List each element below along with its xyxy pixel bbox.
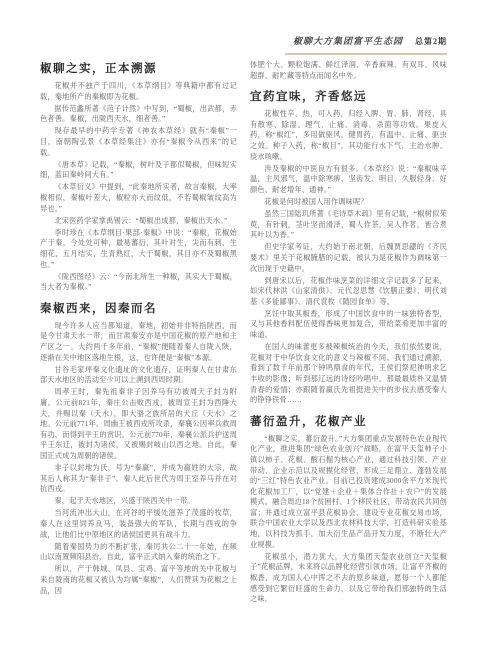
article-paragraph: 在国人的味蕾更多被辣椒统治的今天，我们依然要说，花椒对于中华饮食文化的意义与辣椒… — [250, 342, 447, 406]
section-heading: 椒聊之实，正本溯源 — [40, 60, 237, 76]
article-paragraph: 花椒并不独产于四川，《本草纲目》等典籍中都有过记载，秦地所产的秦椒即为花椒。 — [40, 81, 237, 102]
article-paragraph: 烹饪中取其椒香，形成了中国饮食中的一味独特香型，又与其他香料配伍使得香味更加复合… — [250, 309, 447, 341]
article-paragraph: 虽然三国陆玑所著《毛诗草木疏》里有记载，“椒树似茱萸，有针刺，茎叶坚而滑泽，蜀人… — [250, 209, 447, 241]
article-paragraph: 花椒性辛、热，可入药，归经入脾、胃、肺、肾经，具有散寒、除湿、理气、止痛、消毒、… — [250, 109, 447, 162]
article-paragraph: 《唐本草》记载，“秦椒，树叶及子都似蜀椒，但味短实细，蓝田秦岭间大有。” — [40, 160, 237, 181]
newsletter-page: 椒聊大方集团富平生态园总第2期 椒聊之实，正本溯源花椒并不独产于四川，《本草纲目… — [0, 0, 480, 651]
left-column: 椒聊之实，正本溯源花椒并不独产于四川，《本草纲目》等典籍中都有过记载，秦地所产的… — [40, 60, 237, 606]
article-paragraph: “椒聊之实，蕃衍盈升。”大方集团重点发展特色农业现代化产业，推进集团“绿色农业创… — [250, 434, 447, 551]
article-paragraph: 《陇西图经》云：“今南北所生一种椒，其实大于蜀椒，当大者为秦椒。” — [40, 272, 237, 293]
article-paragraph: 《本草衍义》中提到，“此秦地所实者，故言秦椒，大率椒相似，秦椒叶差大，椒粒亦大而… — [40, 182, 237, 214]
section-heading: 秦椒西来，因秦而名 — [40, 300, 237, 316]
article-paragraph: 涉及秦椒的中医良方有很多。《本草经》说：“秦椒味辛温，主风邪气，温中除寒痹、坚齿… — [250, 164, 447, 196]
issue-number: 总第2期 — [415, 37, 447, 46]
article-paragraph: 花椒是何时被国人用作调味呢？ — [250, 197, 447, 208]
article-paragraph: 花椒虽小，潜力犹大。大方集团天玺农业创立“天玺椒子”花椒品牌，未来将以品牌化经营… — [250, 552, 447, 605]
article-columns: 椒聊之实，正本溯源花椒并不独产于四川，《本草纲目》等典籍中都有过记载，秦地所产的… — [40, 60, 447, 606]
article-paragraph: 现今许多人应当都知道，秦地，初始并非特指陕西，而是今甘肃天水一带，而甘肃秦安亦是… — [40, 321, 237, 363]
article-paragraph: 所以，产于韩城、凤县、宝鸡、富平等地的关中花椒与来自陇南的花椒又被认为均属“秦椒… — [40, 564, 237, 596]
article-paragraph: 秦，起于天水地区，兴盛于陕西关中一带。 — [40, 496, 237, 507]
article-paragraph: 甘谷毛家坪秦文化遗址的文化遗存，证明秦人在甘肃东部天水地区的活动至少可以上溯到西… — [40, 365, 237, 386]
article-paragraph: 当河流冲出大山，在河谷的平缓处滋养了茂盛的牧草，秦人在这里饲养良马，装备强大的军… — [40, 508, 237, 540]
section-heading: 宜药宜味，齐香悠远 — [250, 88, 447, 104]
article-paragraph: 北宋医药学家掌禹锡云：“蜀椒出成都，秦椒出天水。” — [40, 216, 237, 227]
page-header: 椒聊大方集团富平生态园总第2期 — [247, 31, 447, 55]
article-paragraph: 随着秦国势力的不断扩张，秦厉共公二十一年始，在频山以南置频阳县治，自此，富平正式… — [40, 542, 237, 563]
masthead-title: 椒聊大方集团富平生态园 — [293, 36, 403, 46]
article-paragraph: 据传范蠡所著《范子计然》中写到，“蜀椒，出武都，赤色者善。秦椒，出陇西天水，细者… — [40, 104, 237, 125]
article-paragraph: 李时珍在《本草纲目·果部·秦椒》中说：“秦椒，花椒始产于秦，今处处可种，最易蕃衍… — [40, 228, 237, 270]
article-paragraph: 现存最早的中药学专著《神农本草经》就有“秦椒”一目，南朝陶弘景《本草经集注》亦有… — [40, 126, 237, 158]
article-paragraph: 周孝王时，秦先祖秦非子因养马有功被周天子封为附庸。公元前821年，秦庄公击败西戎… — [40, 387, 237, 461]
section-heading: 蕃衍盈升，花椒产业 — [250, 413, 447, 429]
article-paragraph: 体肥个大、颗粒饱满、鲜红泽润、辛香麻辣、有双耳、风味超群、耐贮藏等特点而闻名中外… — [250, 60, 447, 81]
article-paragraph: 非子以封地为氏，号为“秦嬴”，并成为嬴姓的大宗，故其后人称其为“秦非子”。秦人此… — [40, 463, 237, 495]
article-paragraph: 但史学家考证，大约始于南北朝，后魏贾思勰的《齐民要术》里关于花椒腌腊的记载，被认… — [250, 242, 447, 274]
article-paragraph: 到唐宋以后，花椒作味烹菜的详细文字记载多了起来，如宋代林洪《山家清供》、元代忽思… — [250, 276, 447, 308]
header-rule — [285, 53, 447, 55]
right-column: 体肥个大、颗粒饱满、鲜红泽润、辛香麻辣、有双耳、风味超群、耐贮藏等特点而闻名中外… — [250, 60, 447, 606]
